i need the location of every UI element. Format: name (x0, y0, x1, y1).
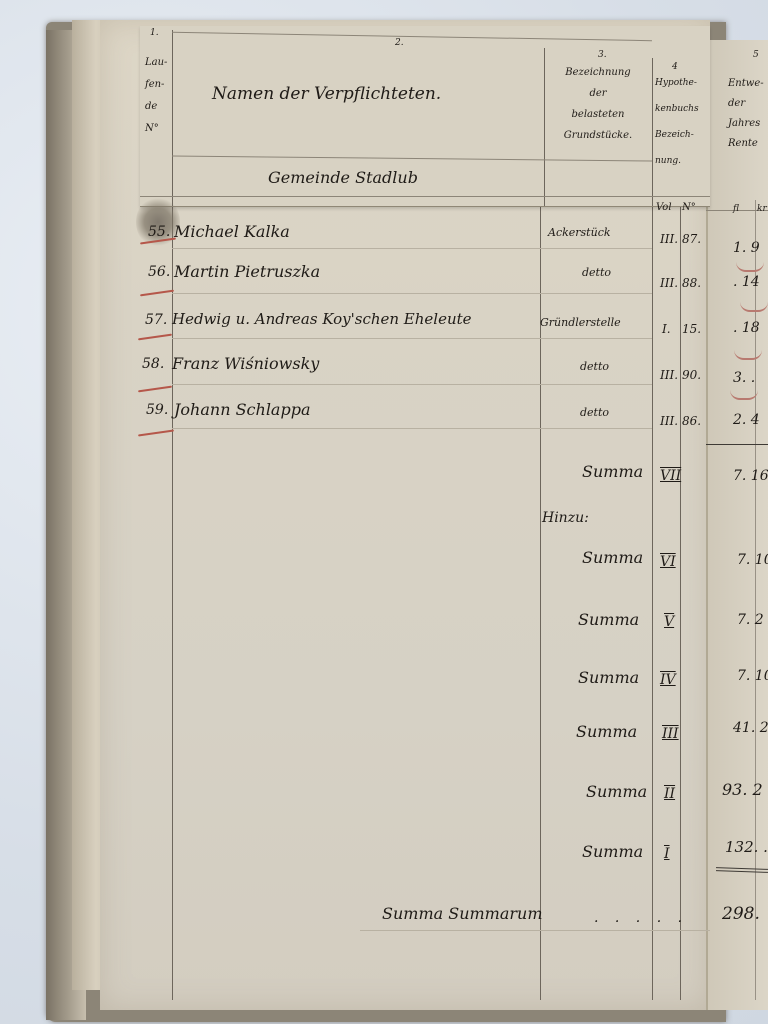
col1-number: 1. (150, 28, 159, 38)
sum-amount: 7. 10 (737, 552, 768, 568)
entry-property: Ackerstück (548, 226, 611, 239)
sum-amount: 7. 2 (737, 612, 764, 628)
entry-amount: . 18 (733, 320, 760, 336)
grand-total-rule (360, 930, 710, 931)
section-title: Gemeinde Stadlub (268, 168, 418, 187)
col3-header: Bezeichnung der belasteten Grundstücke. (548, 62, 648, 146)
col3-label: belasteten (548, 104, 648, 125)
entry-number: 57. (145, 312, 167, 328)
sum-roman: II (664, 786, 675, 802)
header-rule-1 (172, 30, 173, 206)
col4-header: Hypothe- kenbuchs Bezeich- nung. (655, 70, 699, 174)
sum-amount: 93. 2 (722, 780, 763, 799)
entry-property: detto (580, 360, 609, 373)
col5-label: Rente (728, 134, 764, 154)
grand-total-label: Summa Summarum (382, 904, 543, 923)
sum-label: Summa (582, 842, 643, 861)
entry-vol: III. (660, 232, 678, 246)
col3-label: der (548, 83, 648, 104)
sum-label: Summa (578, 610, 639, 629)
entry-nr: 88. (682, 276, 701, 290)
grand-total-leader: . . . . . (594, 910, 688, 926)
hinzu-label: Hinzu: (542, 510, 589, 526)
col5-sub-fl: fl (733, 204, 739, 214)
col2-number: 2. (395, 38, 404, 48)
col3-label: Grundstücke. (548, 125, 648, 146)
entry-vol: III. (660, 276, 678, 290)
col3-label: Bezeichnung (548, 62, 648, 83)
col4-label: kenbuchs (655, 96, 699, 122)
col4-sub-nr: N° (682, 202, 696, 213)
sum-roman: VI (660, 554, 676, 570)
facing-page (706, 40, 768, 1010)
col4-sub-vol: Vol (656, 202, 672, 213)
col4-label: Bezeich- (655, 122, 699, 148)
entry-property: detto (580, 406, 609, 419)
entry-name: Johann Schlappa (174, 400, 311, 419)
entry-name: Michael Kalka (174, 222, 290, 241)
sum-amount: 7. 16 (733, 468, 768, 484)
entry-amount: 2. 4 (733, 412, 760, 428)
col1-label: fen- (145, 74, 167, 96)
col3-number: 3. (598, 50, 607, 60)
entry-nr: 86. (682, 414, 701, 428)
entry-vol: I. (662, 322, 671, 336)
col5-number: 5 (753, 50, 759, 60)
entry-name: Hedwig u. Andreas Koy'schen Eheleute (172, 310, 472, 328)
entry-name: Martin Pietruszka (174, 262, 320, 281)
sum-amount: 132. . (725, 838, 768, 856)
sum-label: Summa (578, 668, 639, 687)
sum-roman: V (664, 614, 674, 630)
entry-nr: 15. (682, 322, 701, 336)
header-bottom-rule (140, 196, 710, 197)
entry-number: 55. (148, 224, 170, 240)
sum-roman: VII (660, 468, 681, 484)
entry-amount: 3. . (733, 370, 755, 386)
row-rule (172, 384, 652, 385)
sum-label: Summa (582, 548, 643, 567)
sum-label: Summa (582, 462, 643, 481)
col4-label: Hypothe- (655, 70, 699, 96)
sum-amount: 41. 2 (733, 720, 768, 736)
entry-property: detto (582, 266, 611, 279)
grand-total-amount: 298. (722, 904, 760, 924)
col5-sub-kr: kr (757, 204, 767, 214)
entry-number: 58. (142, 356, 164, 372)
entry-property: Gründlerstelle (540, 316, 621, 329)
entry-vol: III. (660, 368, 678, 382)
entry-nr: 87. (682, 232, 701, 246)
sum-roman: I (664, 846, 670, 862)
col1-label: de (145, 96, 167, 118)
header-rule-3 (652, 58, 653, 206)
col1-label: N° (145, 118, 167, 140)
row-rule (172, 293, 652, 294)
col1-label: Lau- (145, 52, 167, 74)
entry-vol: III. (660, 414, 678, 428)
sum-label: Summa (586, 782, 647, 801)
col1-header: Lau- fen- de N° (145, 52, 167, 140)
facing-entries-rule (706, 444, 768, 445)
entry-name: Franz Wiśniowsky (172, 354, 319, 373)
col5-label: der (728, 94, 764, 114)
sum-roman: IV (660, 672, 676, 688)
entry-nr: 90. (682, 368, 701, 382)
sum-label: Summa (576, 722, 637, 741)
row-rule (172, 248, 652, 249)
col2-header: Namen der Verpflichteten. (212, 84, 441, 104)
entry-number: 56. (148, 264, 170, 280)
col4-label: nung. (655, 148, 699, 174)
col5-header: Entwe- der Jahres Rente (728, 74, 764, 154)
entry-amount: 1. 9 (733, 240, 760, 256)
entry-number: 59. (146, 402, 168, 418)
header-rule-2 (544, 48, 545, 206)
sum-amount: 7. 10 (737, 668, 768, 684)
row-rule (172, 338, 652, 339)
row-rule (172, 428, 652, 429)
rule-col4-sub (680, 200, 681, 1000)
col5-label: Entwe- (728, 74, 764, 94)
sum-roman: III (662, 726, 679, 742)
entry-amount: . 14 (733, 274, 760, 290)
col5-label: Jahres (728, 114, 764, 134)
